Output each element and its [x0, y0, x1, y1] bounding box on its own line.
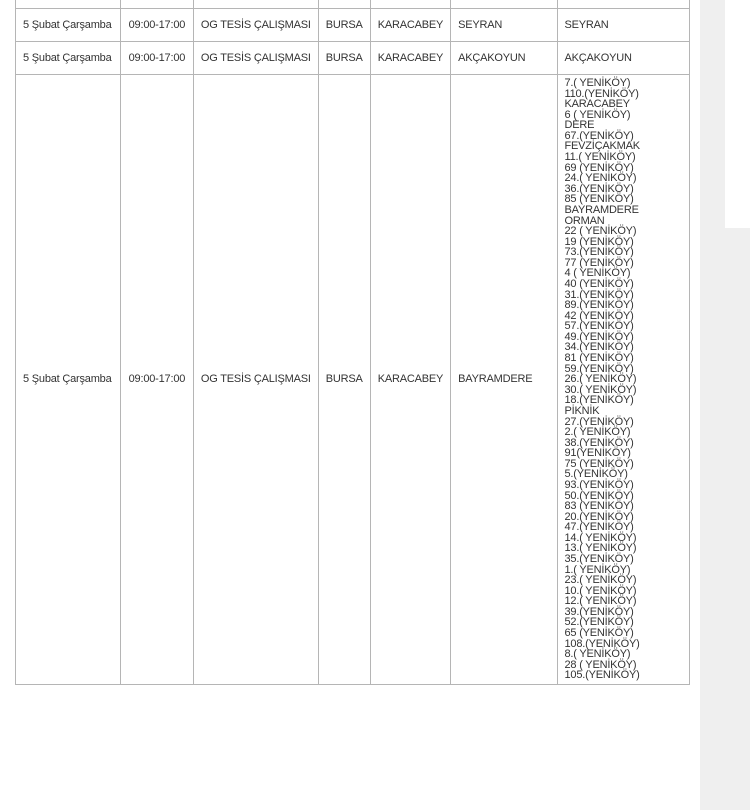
article-content: 5 Şubat Çarşamba 09:00-17:00 OG TESİS ÇA… [0, 0, 690, 810]
time-cell: 09:00-17:00 [120, 42, 193, 75]
neighborhood-cell: BAYRAMDERE [451, 75, 557, 685]
street-name: 105.(YENİKÖY) [565, 670, 683, 681]
street-name: SEYRAN [565, 20, 683, 31]
table-row: 5 Şubat Çarşamba 09:00-17:00 OG TESİS ÇA… [16, 75, 690, 685]
city-cell: BURSA [318, 9, 370, 42]
work-type-cell: OG TESİS ÇALIŞMASI [193, 42, 318, 75]
table-row: 5 Şubat Çarşamba 09:00-17:00 OG TESİS ÇA… [16, 9, 690, 42]
street-name: 93.(YENİKÖY) [565, 480, 683, 491]
time-cell: 09:00-17:00 [120, 9, 193, 42]
street-name: 7.( YENİKÖY) [565, 78, 683, 89]
street-name: AKÇAKOYUN [565, 53, 683, 64]
district-cell: KARACABEY [370, 75, 450, 685]
neighborhood-cell: AKÇAKOYUN [451, 42, 557, 75]
table-row-previous [16, 0, 690, 9]
date-cell: 5 Şubat Çarşamba [16, 9, 121, 42]
neighborhood-cell: SEYRAN [451, 9, 557, 42]
table-row: 5 Şubat Çarşamba 09:00-17:00 OG TESİS ÇA… [16, 42, 690, 75]
street-name: 40 (YENİKÖY) [565, 279, 683, 290]
street-name: BAYRAMDERE [565, 205, 683, 216]
work-type-cell: OG TESİS ÇALIŞMASI [193, 75, 318, 685]
time-cell: 09:00-17:00 [120, 75, 193, 685]
date-cell: 5 Şubat Çarşamba [16, 75, 121, 685]
work-type-cell: OG TESİS ÇALIŞMASI [193, 9, 318, 42]
district-cell: KARACABEY [370, 9, 450, 42]
city-cell: BURSA [318, 75, 370, 685]
streets-cell: SEYRAN [557, 9, 690, 42]
sidebar [700, 0, 750, 810]
street-name: 35.(YENİKÖY) [565, 554, 683, 565]
district-cell: KARACABEY [370, 42, 450, 75]
date-cell: 5 Şubat Çarşamba [16, 42, 121, 75]
streets-cell: 7.( YENİKÖY)110.(YENİKÖY)KARACABEY6 ( YE… [557, 75, 690, 685]
street-name: PİKNİK [565, 406, 683, 417]
streets-cell: AKÇAKOYUN [557, 42, 690, 75]
city-cell: BURSA [318, 42, 370, 75]
sidebar-widget [725, 0, 750, 228]
power-outage-table: 5 Şubat Çarşamba 09:00-17:00 OG TESİS ÇA… [15, 0, 690, 685]
